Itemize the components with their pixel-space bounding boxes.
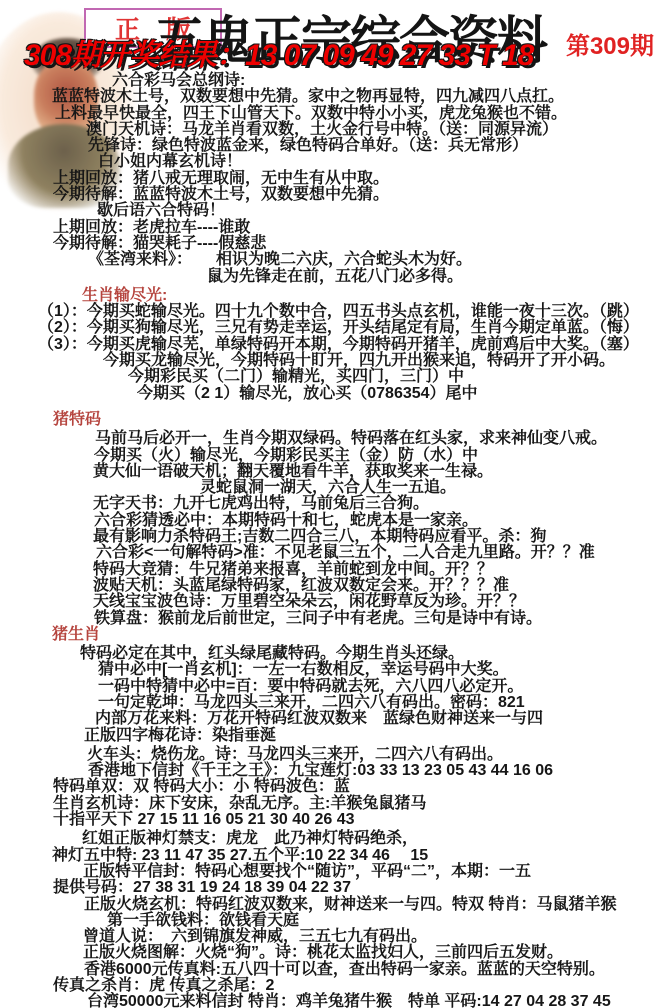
text-line: 特码大竞猜：牛兄猪弟来报喜，羊前蛇到龙中间。开？？ <box>0 562 656 578</box>
previous-draw-result-overlay: 308期开奖结果：13 07 09 49 27 33 T 18 <box>24 30 533 74</box>
text-line: 铁算盘：猴前龙后前世定，三问子中有老虎。三句是诗中有诗。 <box>0 611 656 627</box>
text-line: 香港6000元传真料:五八四十可以查，查出特码一家亲。蓝蓝的天空特别。 <box>0 962 656 978</box>
text-line: 今期彩民买（二门）输精光，买四门，三门）中 <box>0 369 656 385</box>
text-line: 今期待解：猫哭耗子----假慈悲 <box>0 236 656 252</box>
text-line: 六合彩<一句解特码>准：不见老鼠三五个，二人合走九里路。开？？准 <box>0 545 656 561</box>
text-line: 今期待解：蓝蓝特波木土号，双数要想中先猜。 <box>0 187 656 203</box>
text-line: 正版火烧图解：火烧“狗”。诗：桃花太监找妇人，三前四后五发财。 <box>0 945 656 961</box>
text-line: 特码必定在其中，红头绿尾藏特码。今期生肖头还绿。 <box>0 646 656 662</box>
text-line: 曾道人说： 六到锦旗发神威，三五七九有码出。 <box>0 929 656 945</box>
text-line: 内部万花来料：万花开特码红波双数来 蓝绿色财神送来一与四 <box>0 711 656 727</box>
text-line: 无字天书：九开七虎鸡出特，马前兔后三合狗。 <box>0 496 656 512</box>
text-line: 《荃湾来料》： 相识为晚二六庆，六合蛇头木为好。 <box>0 252 656 268</box>
text-line: 澳门天机诗：马龙羊肖看双数，土火金行号中特。（送：同源异流） <box>0 122 656 138</box>
text-line: 上期回放：老虎拉车----谁敢 <box>0 220 656 236</box>
text-line: 鼠为先锋走在前，五花八门必多得。 <box>0 269 656 285</box>
text-line: 提供号码：27 38 31 19 24 18 39 04 22 37 <box>0 880 656 896</box>
text-line: 今期买（火）输尽光，今期彩民买主（金）防（水）中 <box>0 448 656 464</box>
text-line: 天线宝宝波色诗：万里碧空朵朵云，闲花野草反为珍。开？？ <box>0 594 656 610</box>
text-line: 六合彩猜透必中：本期特码十和七，蛇虎本是一家亲。 <box>0 513 656 529</box>
text-line: 歇后语六合特码！ <box>0 203 656 219</box>
text-line: 红姐正版神灯禁支：虎龙 此乃神灯特码绝杀， <box>0 831 656 847</box>
text-line: 正版四字梅花诗：染指垂涎 <box>0 728 656 744</box>
text-line: 上期回放：猪八戒无理取闹，无中生有从中取。 <box>0 171 656 187</box>
text-line: 正版火烧玄机：特码红波双数来，财神送来一与四。特双 特肖：马鼠猪羊猴 <box>0 897 656 913</box>
text-line: 一码中特猜中必中=百：要中特码就去死，六八四八必定开。 <box>0 679 656 695</box>
section-heading-zhu-tema: 猪特码 <box>0 412 656 428</box>
text-line: 今期买（2 1）输尽光，放心买（0786354）尾中 <box>0 386 656 402</box>
text-line: 火车头：烧伤龙。诗：马龙四头三来开，二四六八有码出。 <box>0 747 656 763</box>
text-line: 正版特平信封：特码心想要找个“随访”，平码“二”，本期：一五 <box>0 864 656 880</box>
section-heading-zhu-shengxiao: 猪生肖 <box>0 627 656 643</box>
text-line: （3）：今期买虎输尽芜，单绿特码开本期，今期特码开猪羊，虎前鸡后中大奖。（塞） <box>0 337 656 353</box>
content-lines: 六合彩马会总纲诗:蓝蓝特波木土号，双数要想中先猜。家中之物再显特，四九减四八点扛… <box>0 73 656 1008</box>
text-line: 灵蛇鼠洞一湖天，六合人生一五追。 <box>0 480 656 496</box>
text-line: 白小姐内幕玄机诗！ <box>0 154 656 170</box>
text-line: 波贴天机：头蓝尾绿特码家，红波双数定会来。开？？？准 <box>0 578 656 594</box>
issue-number: 第309期 <box>566 26 654 61</box>
text-line: （1）：今期买蛇输尽光。四十九个数中合，四五书头点玄机，谁能一夜十三次。（跳） <box>0 304 656 320</box>
text-line: 神灯五中特: 23 11 47 35 27.五个平:10 22 34 46 15 <box>0 848 656 864</box>
section-heading-shengxiao-shujinguang: 生肖输尽光: <box>0 288 656 304</box>
text-line: 黄大仙一语破天机；翻天覆地看牛羊，获取奖来一生禄。 <box>0 464 656 480</box>
text-line: 马前马后必开一，生肖今期双绿码。特码落在红头家，求来神仙变八戒。 <box>0 431 656 447</box>
text-line: 传真之杀肖：虎 传真之杀尾：2 <box>0 978 656 994</box>
text-line: 一句定乾坤：马龙四头三来开，二四六八有码出。密码：821 <box>0 695 656 711</box>
text-line: 今期买龙输尽光，今期特码十盯开，四九开出猴来追，特码开了开小码。 <box>0 353 656 369</box>
text-line: 上料最早快最全，四王下山管天下。双数中特小小买，虎龙兔猴也不错。 <box>0 106 656 122</box>
lottery-info-sheet: 正版 五鬼正宗综合资料 第309期 308期开奖结果：13 07 09 49 2… <box>0 0 656 1008</box>
text-line: 十指平天下 27 15 11 16 05 21 30 40 26 43 <box>0 812 656 828</box>
poem-intro-heading: 六合彩马会总纲诗: <box>0 73 656 89</box>
text-line: 最有影响力杀特码王;吉数二四合三八，本期特码应看平。杀：狗 <box>0 529 656 545</box>
text-line: 台湾50000元来料信封 特肖：鸡羊兔猪牛猴 特单 平码:14 27 04 28… <box>0 994 656 1008</box>
text-line: （2）：今期买狗输尽光，三兄有势走幸运，开头结尾定有局，生肖今期定单蓝。（悔） <box>0 320 656 336</box>
text-line: 第一手欲钱料：欲钱看天庭 <box>0 913 656 929</box>
text-line: 猜中必中[一肖玄机]：一左一右数相反，幸运号码中大奖。 <box>0 662 656 678</box>
text-line: 生肖玄机诗：床下安床，杂乱无序。主:羊猴兔鼠猪马 <box>0 796 656 812</box>
text-line: 特码单双：双 特码大小：小 特码波色：蓝 <box>0 779 656 795</box>
text-line: 蓝蓝特波木土号，双数要想中先猜。家中之物再显特，四九减四八点扛。 <box>0 89 656 105</box>
